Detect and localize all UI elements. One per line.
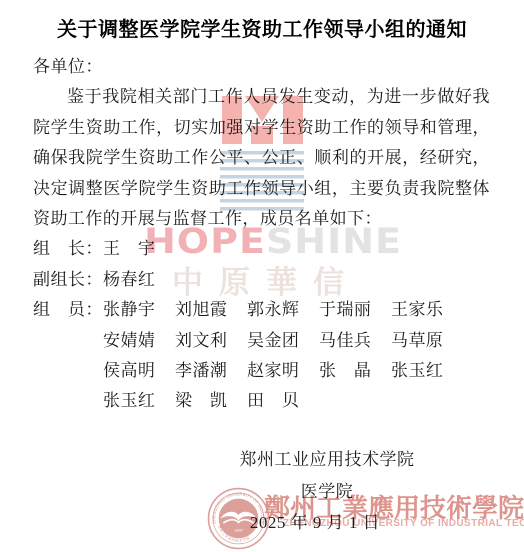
member-row: 张玉红梁 凯田 贝	[33, 386, 490, 416]
deputy-leader-line: 副组长：杨春红	[33, 265, 490, 295]
salutation: 各单位：	[33, 52, 490, 82]
member-name: 于瑞丽	[319, 295, 377, 325]
member-name: 王家乐	[391, 295, 449, 325]
member-name: 侯高明	[103, 356, 161, 386]
signature-block: 郑州工业应用技术学院 医学院 2025 年 9 月 1 日	[217, 444, 437, 539]
member-name: 赵家明	[247, 356, 305, 386]
members-label: 组 员：	[33, 295, 103, 325]
member-name: 吴金团	[247, 326, 305, 356]
notice-title: 关于调整医学院学生资助工作领导小组的通知	[0, 13, 524, 42]
notice-paragraph: 鉴于我院相关部门工作人员发生变动，为进一步做好我院学生资助工作，切实加强对学生资…	[33, 82, 490, 234]
member-name: 张玉红	[391, 356, 449, 386]
member-name: 刘文利	[175, 326, 233, 356]
leader-label: 组 长：	[33, 234, 103, 264]
member-row: 组 员：张静宇刘旭霞郭永辉于瑞丽王家乐	[33, 295, 490, 325]
signature-dept: 医学院	[217, 476, 437, 508]
member-name: 安婧婧	[103, 326, 161, 356]
member-name: 梁 凯	[175, 386, 233, 416]
member-name: 张玉红	[103, 386, 161, 416]
leader-name: 王 宇	[103, 239, 155, 258]
member-name: 马草原	[391, 326, 449, 356]
notice-document: 关于调整医学院学生资助工作领导小组的通知 各单位： 鉴于我院相关部门工作人员发生…	[0, 0, 524, 552]
deputy-name: 杨春红	[103, 270, 155, 289]
member-name: 郭永辉	[247, 295, 305, 325]
deputy-label: 副组长：	[33, 265, 103, 295]
signature-date: 2025 年 9 月 1 日	[205, 507, 425, 539]
member-name: 田 贝	[247, 386, 305, 416]
leader-line: 组 长：王 宇	[33, 234, 490, 264]
document-page: HOPESHINE 中原華信 ZHENGZHOU UNIVERSITY OF I…	[0, 0, 524, 552]
signature-org: 郑州工业应用技术学院	[217, 444, 437, 476]
member-name: 马佳兵	[319, 326, 377, 356]
member-name: 李潘潮	[175, 356, 233, 386]
member-row: 安婧婧刘文利吴金团马佳兵马草原	[33, 326, 490, 356]
member-row: 侯高明李潘潮赵家明张 晶张玉红	[33, 356, 490, 386]
member-name: 张 晶	[319, 356, 377, 386]
member-name: 刘旭霞	[175, 295, 233, 325]
notice-body: 各单位： 鉴于我院相关部门工作人员发生变动，为进一步做好我院学生资助工作，切实加…	[33, 52, 490, 417]
member-name: 张静宇	[103, 295, 161, 325]
